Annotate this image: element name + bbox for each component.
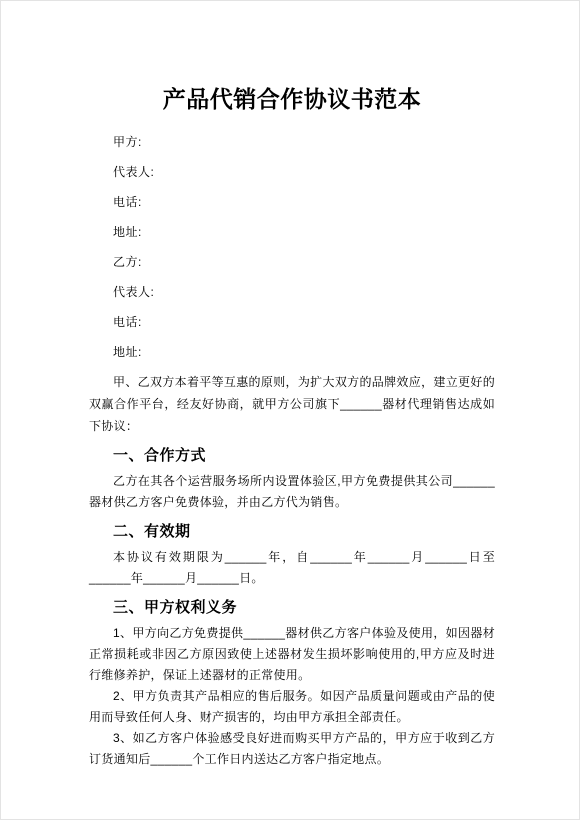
- party-field-address-2: 地址:: [89, 337, 495, 367]
- section-3-item-3: 3、如乙方客户体验感受良好进而购买甲方产品的，甲方应于收到乙方订货通知后____…: [89, 728, 495, 770]
- party-field-address-1: 地址:: [89, 217, 495, 247]
- party-field-phone-2: 电话:: [89, 307, 495, 337]
- party-field-jiafang: 甲方:: [89, 127, 495, 157]
- section-3-item-1: 1、甲方向乙方免费提供______器材供乙方客户体验及使用，如因器材正常损耗或非…: [89, 623, 495, 686]
- party-field-representative-1: 代表人:: [89, 157, 495, 187]
- document-content: 产品代销合作协议书范本 甲方: 代表人: 电话: 地址: 乙方: 代表人: 电话…: [1, 1, 579, 770]
- section-1-paragraph: 乙方在其各个运营服务场所内设置体验区,甲方免费提供其公司______器材供乙方客…: [89, 471, 495, 513]
- document-title: 产品代销合作协议书范本: [89, 85, 495, 113]
- intro-paragraph: 甲、乙双方本着平等互惠的原则，为扩大双方的品牌效应，建立更好的双赢合作平台，经友…: [89, 371, 495, 437]
- section-2-paragraph: 本协议有效期限为______年，自______年______月______日至_…: [89, 547, 495, 589]
- section-heading-1: 一、合作方式: [89, 445, 495, 466]
- section-heading-2: 二、有效期: [89, 521, 495, 542]
- party-field-phone-1: 电话:: [89, 187, 495, 217]
- party-field-representative-2: 代表人:: [89, 277, 495, 307]
- party-field-yifang: 乙方:: [89, 247, 495, 277]
- party-fields-block: 甲方: 代表人: 电话: 地址: 乙方: 代表人: 电话: 地址:: [89, 127, 495, 367]
- document-page: 产品代销合作协议书范本 甲方: 代表人: 电话: 地址: 乙方: 代表人: 电话…: [0, 0, 580, 820]
- section-heading-3: 三、甲方权利义务: [89, 597, 495, 618]
- section-3-item-2: 2、甲方负责其产品相应的售后服务。如因产品质量问题或由产品的使用而导致任何人身、…: [89, 686, 495, 728]
